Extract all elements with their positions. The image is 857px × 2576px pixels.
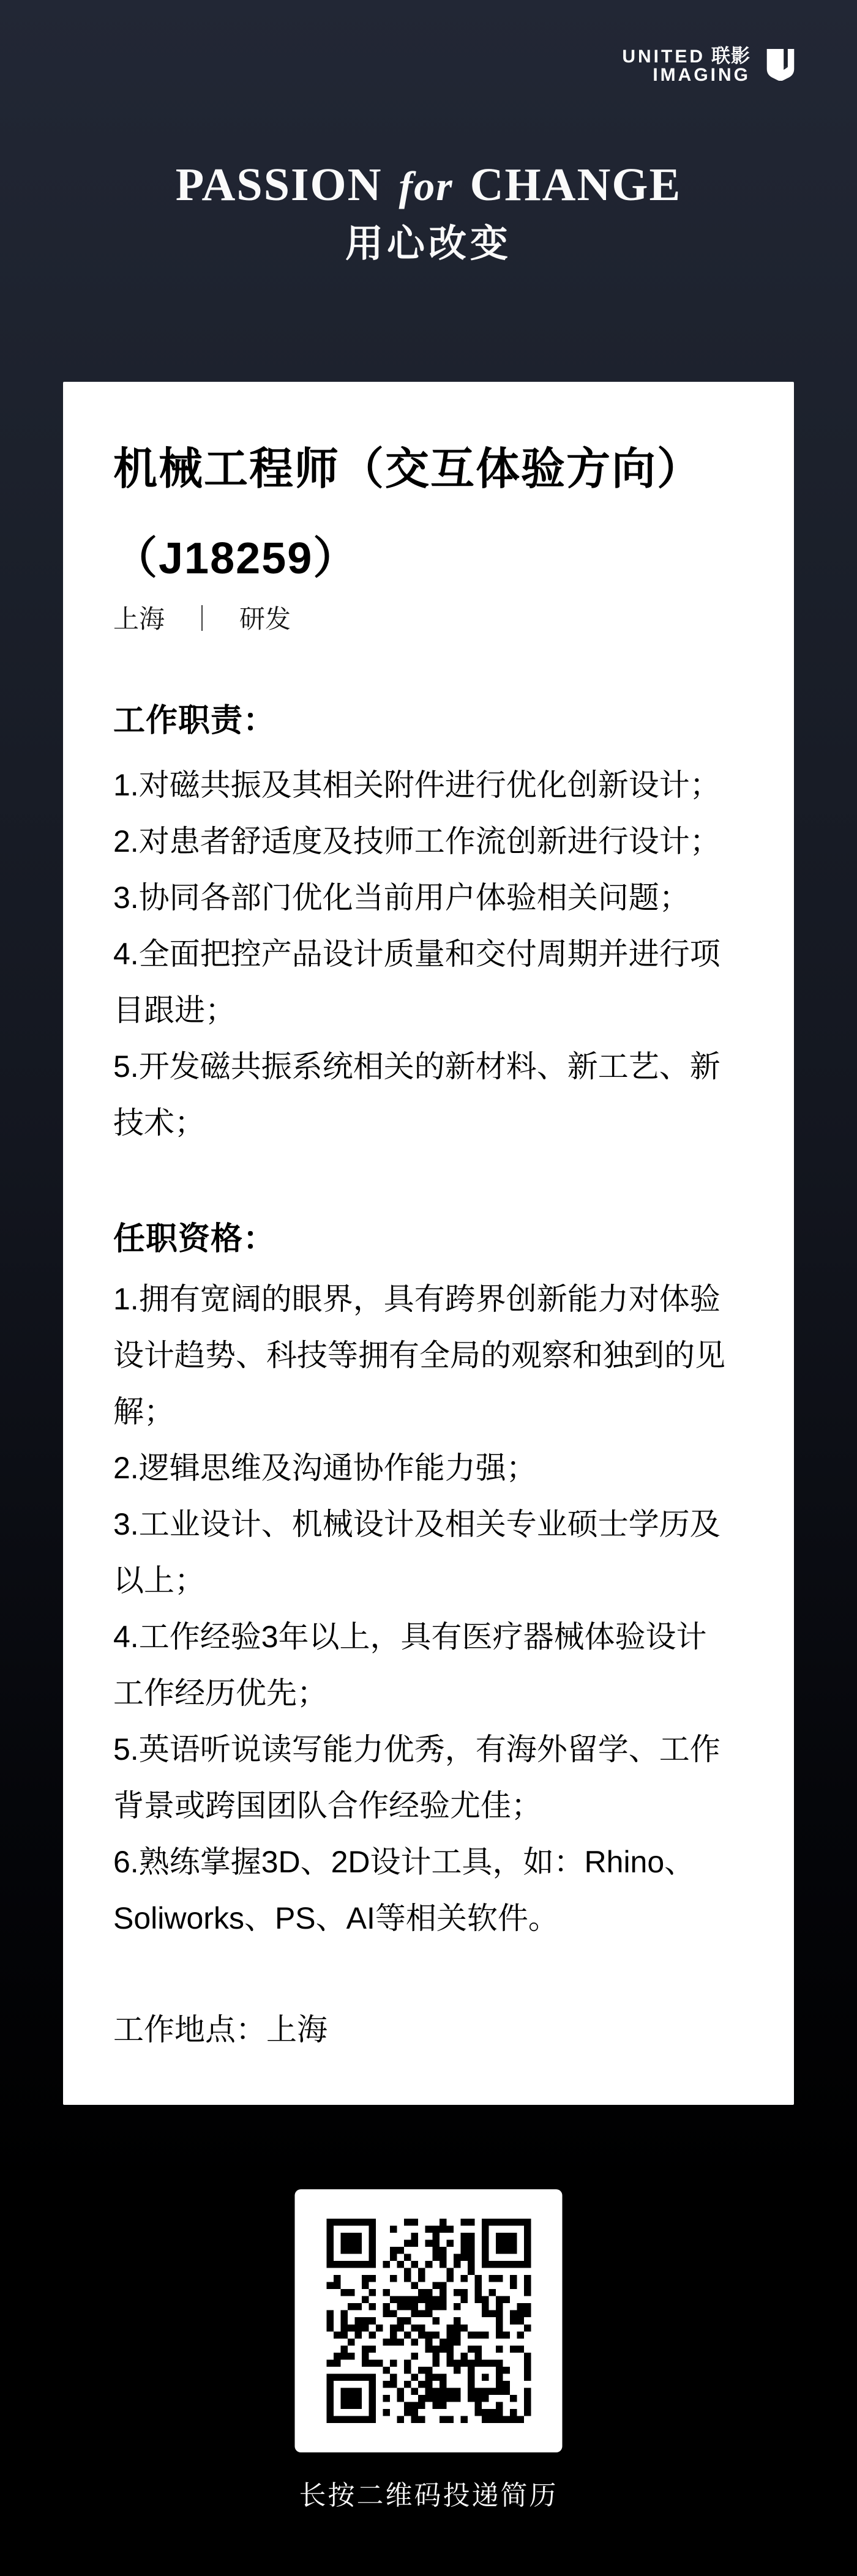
qualifications-list: 1.拥有宽阔的眼界，具有跨界创新能力对体验设计趋势、科技等拥有全局的观察和独到的… (113, 1271, 728, 1946)
brand-name-en-line1: UNITED (622, 50, 705, 64)
job-posting-page: UNITED 联影 IMAGING PASSION for CHANGE 用心改… (0, 0, 857, 2576)
qr-caption: 长按二维码投递简历 (0, 2477, 857, 2515)
list-item: 6.熟练掌握3D、2D设计工具，如：Rhino、Soliworks、PS、AI等… (113, 1834, 728, 1946)
list-item: 2.对患者舒适度及技师工作流创新进行设计； (113, 813, 728, 869)
list-item: 5.英语听说读写能力优秀，有海外留学、工作背景或跨国团队合作经验尤佳； (113, 1721, 728, 1834)
hero-word-passion: PASSION (176, 159, 383, 210)
qr-code[interactable] (295, 2189, 563, 2452)
qr-code-svg (324, 2219, 533, 2423)
hero-headline-en: PASSION for CHANGE (0, 160, 857, 210)
united-imaging-shield-icon (766, 49, 795, 81)
job-title-line2: （J18259） (113, 514, 744, 603)
job-department: 研发 (239, 603, 291, 635)
job-card: 机械工程师（交互体验方向） （J18259） 上海 ｜ 研发 工作职责： 1.对… (63, 382, 794, 2105)
list-item: 2.逻辑思维及沟通协作能力强； (113, 1440, 728, 1496)
brand-logo: UNITED 联影 IMAGING (622, 49, 795, 83)
worksite-line: 工作地点：上海 (113, 2001, 744, 2058)
hero-headline: PASSION for CHANGE 用心改变 (0, 160, 857, 264)
list-item: 5.开发磁共振系统相关的新材料、新工艺、新技术； (113, 1038, 728, 1151)
job-title: 机械工程师（交互体验方向） （J18259） (113, 425, 744, 603)
job-title-line1: 机械工程师（交互体验方向） (113, 425, 744, 514)
list-item: 3.工业设计、机械设计及相关专业硕士学历及以上； (113, 1496, 728, 1609)
list-item: 4.全面把控产品设计质量和交付周期并进行项目跟进； (113, 926, 728, 1038)
list-item: 3.协同各部门优化当前用户体验相关问题； (113, 869, 728, 926)
responsibilities-list: 1.对磁共振及其相关附件进行优化创新设计；2.对患者舒适度及技师工作流创新进行设… (113, 757, 728, 1151)
brand-name-cn: 联影 (711, 49, 750, 64)
responsibilities-heading: 工作职责： (113, 702, 744, 739)
hero-headline-cn: 用心改变 (0, 224, 857, 264)
list-item: 4.工作经验3年以上，具有医疗器械体验设计工作经历优先； (113, 1609, 728, 1721)
hero-word-for: for (395, 163, 457, 209)
meta-separator: ｜ (189, 603, 215, 635)
job-location: 上海 (113, 603, 165, 635)
brand-name-en-line2: IMAGING (622, 68, 750, 83)
list-item: 1.对磁共振及其相关附件进行优化创新设计； (113, 757, 728, 813)
job-meta: 上海 ｜ 研发 (113, 603, 744, 635)
brand-wordmark: UNITED 联影 IMAGING (622, 49, 750, 83)
qualifications-heading: 任职资格： (113, 1221, 744, 1257)
list-item: 1.拥有宽阔的眼界，具有跨界创新能力对体验设计趋势、科技等拥有全局的观察和独到的… (113, 1271, 728, 1440)
hero-word-change: CHANGE (470, 159, 682, 210)
